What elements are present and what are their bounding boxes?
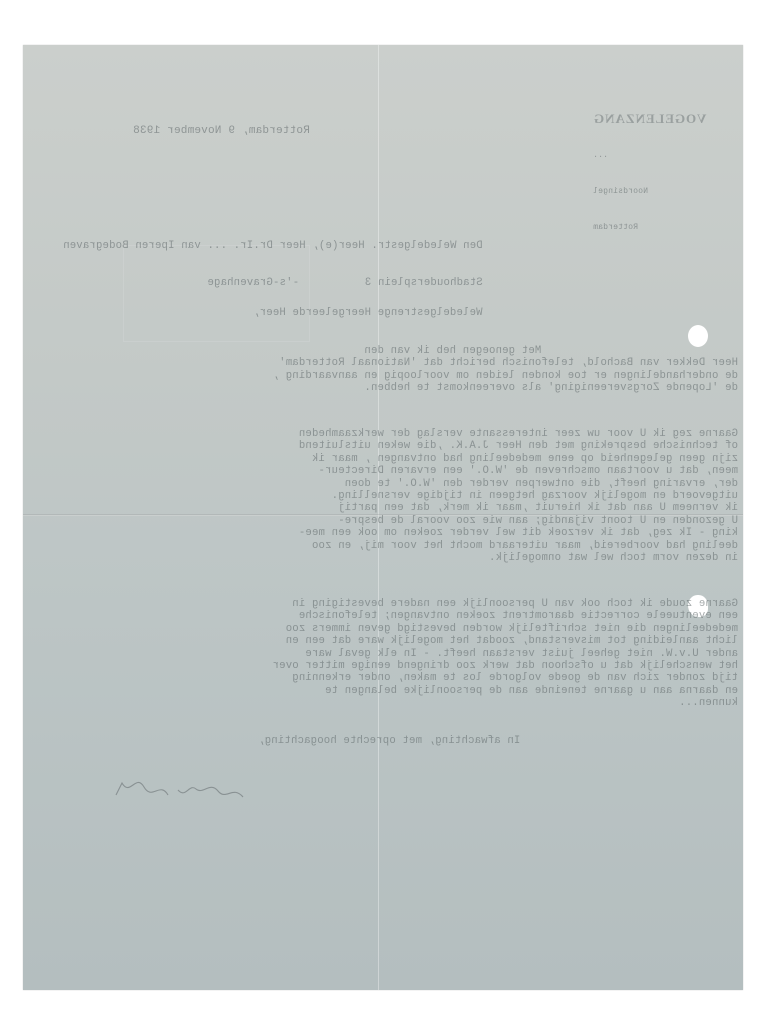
text-line: ander U.v.W. niet geheel juist verstaan … bbox=[58, 648, 738, 660]
text-line: zijn geen gelegenheid op eene mededeelin… bbox=[58, 453, 738, 465]
text-line: licht aanleiding tot misverstand, zoodat… bbox=[58, 635, 738, 647]
letterhead-firm: VOGELENZANG bbox=[593, 113, 706, 125]
text-line: deeling had voorbereid, maar uiteraard m… bbox=[58, 540, 738, 552]
text-line: meen, dat u voortaan omschreven de 'W.O.… bbox=[58, 465, 738, 477]
text-line: of technische bespreking met den Heer J.… bbox=[58, 440, 738, 452]
punch-hole-top bbox=[688, 325, 708, 347]
letter-sheet: VOGELENZANG ... Noordsingel Rotterdam Ro… bbox=[23, 45, 743, 990]
text-line: Heer Dekker van Bachold, telefonisch ber… bbox=[58, 357, 738, 369]
text-line: U gezonden en U toont vijandig; aan wie … bbox=[58, 515, 738, 527]
text-line: een eventueele correctie daaromtrent zoe… bbox=[58, 610, 738, 622]
paragraph-3: Gaarne zoude ik toch ook van U persoonli… bbox=[58, 598, 738, 710]
text-line: en daarna aan u gaarne teneinde aan de p… bbox=[58, 685, 738, 697]
text-line: in dezen vorm toch wel wat onmogelijk. bbox=[58, 552, 738, 564]
text-line: het wenschelijk dat u ofschoon dat werk … bbox=[58, 660, 738, 672]
paragraph-1: Met genoegen heb ik van denHeer Dekker v… bbox=[58, 345, 738, 395]
text-line: de onderhandelingen er toe konden leiden… bbox=[58, 370, 738, 382]
text-line: Met genoegen heb ik van den bbox=[58, 345, 738, 357]
closing-line: In afwachting, met oprechte hoogachting, bbox=[258, 735, 520, 747]
letterhead-line: Rotterdam bbox=[593, 222, 706, 233]
text-line: Gaarne zoude ik toch ook van U persoonli… bbox=[58, 598, 738, 610]
paragraph-2: Gaarne zeg ik U voor uw zeer interessant… bbox=[58, 428, 738, 564]
text-line: king - Ik zeg, dat ik verzoek dit wel ve… bbox=[58, 527, 738, 539]
date-line: Rotterdam, 9 November 1938 bbox=[133, 125, 310, 137]
text-line: mededeelingen die niet schriftelijk word… bbox=[58, 623, 738, 635]
letterhead-line: ... bbox=[593, 150, 706, 161]
text-line: de 'Lopende Zorgsvereeniging' als overee… bbox=[58, 382, 738, 394]
handwritten-signature bbox=[108, 775, 248, 805]
addressee-line: Den Weledelgestr. Heer(e), Heer Dr.Ir. .… bbox=[63, 240, 483, 252]
text-line: ik verneem U aan dat ik hieruit ,maar ik… bbox=[58, 502, 738, 514]
text-line: kunnen... bbox=[58, 697, 738, 709]
addressee-block: Den Weledelgestr. Heer(e), Heer Dr.Ir. .… bbox=[63, 215, 483, 314]
text-line: uitgevoerd en mogelijk voorzag hetgeen i… bbox=[58, 490, 738, 502]
addressee-line: Stadhoudersplein 3 -'s-Gravenhage bbox=[63, 277, 483, 289]
text-line: Gaarne zeg ik U voor uw zeer interessant… bbox=[58, 428, 738, 440]
letterhead: VOGELENZANG ... Noordsingel Rotterdam bbox=[593, 88, 706, 257]
letterhead-line: Noordsingel bbox=[593, 186, 706, 197]
text-line: tijd zonder zich van de goede volgorde l… bbox=[58, 672, 738, 684]
salutation: Weledelgestrenge Heergeleerde Heer, bbox=[253, 307, 483, 319]
text-line: der, ervaring heeft, die ontwerpen verde… bbox=[58, 478, 738, 490]
